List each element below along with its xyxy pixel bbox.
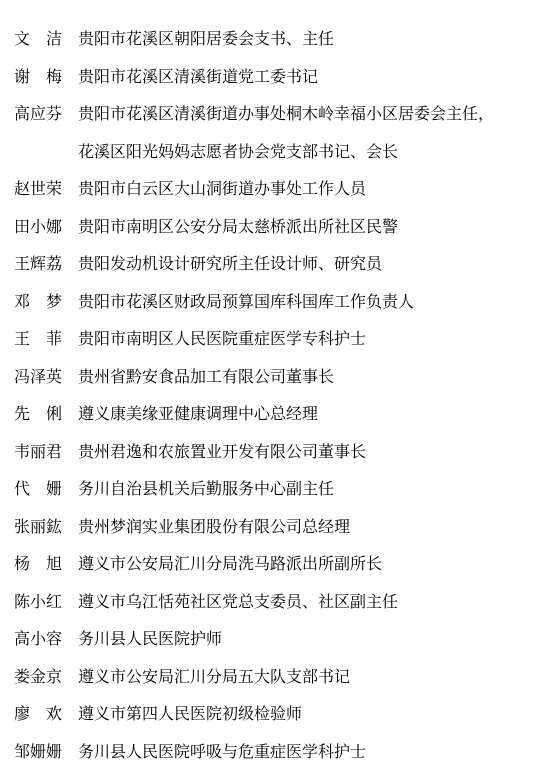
list-item: 赵世荣 贵阳市白云区大山洞街道办事处工作人员 <box>14 171 547 209</box>
list-item: 廖 欢 遵义市第四人民医院初级检验师 <box>14 696 547 734</box>
person-position: 贵阳市南明区人民医院重症医学专科护士 <box>78 321 538 359</box>
list-item: 邹姗姗 务川县人民医院呼吸与危重症医学科护士 <box>14 734 547 772</box>
list-item: 冯泽英 贵州省黔安食品加工有限公司董事长 <box>14 359 547 397</box>
person-position: 贵阳发动机设计研究所主任设计师、研究员 <box>78 246 538 284</box>
person-name: 冯泽英 <box>14 359 78 397</box>
list-item: 高小容 务川县人民医院护师 <box>14 621 547 659</box>
person-name: 田小娜 <box>14 209 78 247</box>
list-item: 谢 梅 贵阳市花溪区清溪街道党工委书记 <box>14 59 547 97</box>
person-position: 务川县人民医院护师 <box>78 621 538 659</box>
person-position: 贵州梦润实业集团股份有限公司总经理 <box>78 509 538 547</box>
list-item: 邓 梦 贵阳市花溪区财政局预算国库科国库工作负责人 <box>14 284 547 322</box>
person-position: 贵阳市南明区公安分局太慈桥派出所社区民警 <box>78 209 538 247</box>
list-item: 先 俐 遵义康美缘亚健康调理中心总经理 <box>14 396 547 434</box>
list-item: 代 姗 务川自治县机关后勤服务中心副主任 <box>14 471 547 509</box>
list-item: 陈小红 遵义市乌江恬苑社区党总支委员、社区副主任 <box>14 584 547 622</box>
person-position: 贵阳市花溪区朝阳居委会支书、主任 <box>78 21 538 59</box>
name-roster-list: 文 洁 贵阳市花溪区朝阳居委会支书、主任 谢 梅 贵阳市花溪区清溪街道党工委书记… <box>14 21 547 771</box>
person-name: 高应芬 <box>14 96 78 134</box>
person-position: 遵义市第四人民医院初级检验师 <box>78 696 538 734</box>
list-item: 王辉荔 贵阳发动机设计研究所主任设计师、研究员 <box>14 246 547 284</box>
person-position: 遵义康美缘亚健康调理中心总经理 <box>78 396 538 434</box>
person-position: 贵阳市花溪区清溪街道办事处桐木岭幸福小区居委会主任， 花溪区阳光妈妈志愿者协会党… <box>78 96 538 171</box>
person-position: 贵阳市白云区大山洞街道办事处工作人员 <box>78 171 538 209</box>
person-name: 韦丽君 <box>14 434 78 472</box>
person-position: 务川县人民医院呼吸与危重症医学科护士 <box>78 734 538 772</box>
person-position: 贵阳市花溪区财政局预算国库科国库工作负责人 <box>78 284 538 322</box>
list-item: 田小娜 贵阳市南明区公安分局太慈桥派出所社区民警 <box>14 209 547 247</box>
person-name: 王 菲 <box>14 321 78 359</box>
person-position: 遵义市公安局汇川分局洗马路派出所副所长 <box>78 546 538 584</box>
list-item: 张丽鈜 贵州梦润实业集团股份有限公司总经理 <box>14 509 547 547</box>
person-name: 先 俐 <box>14 396 78 434</box>
person-name: 文 洁 <box>14 21 78 59</box>
person-position: 遵义市乌江恬苑社区党总支委员、社区副主任 <box>78 584 538 622</box>
person-name: 王辉荔 <box>14 246 78 284</box>
list-item: 高应芬 贵阳市花溪区清溪街道办事处桐木岭幸福小区居委会主任， 花溪区阳光妈妈志愿… <box>14 96 547 171</box>
person-position: 贵阳市花溪区清溪街道党工委书记 <box>78 59 538 97</box>
list-item: 文 洁 贵阳市花溪区朝阳居委会支书、主任 <box>14 21 547 59</box>
person-position: 贵州省黔安食品加工有限公司董事长 <box>78 359 538 397</box>
person-name: 谢 梅 <box>14 59 78 97</box>
person-name: 代 姗 <box>14 471 78 509</box>
list-item: 娄金京 遵义市公安局汇川分局五大队支部书记 <box>14 659 547 697</box>
person-name: 廖 欢 <box>14 696 78 734</box>
person-name: 陈小红 <box>14 584 78 622</box>
list-item: 韦丽君 贵州君逸和农旅置业开发有限公司董事长 <box>14 434 547 472</box>
person-position: 贵州君逸和农旅置业开发有限公司董事长 <box>78 434 538 472</box>
person-name: 赵世荣 <box>14 171 78 209</box>
person-name: 娄金京 <box>14 659 78 697</box>
person-name: 杨 旭 <box>14 546 78 584</box>
person-name: 高小容 <box>14 621 78 659</box>
person-position: 务川自治县机关后勤服务中心副主任 <box>78 471 538 509</box>
document-page: 文 洁 贵阳市花溪区朝阳居委会支书、主任 谢 梅 贵阳市花溪区清溪街道党工委书记… <box>0 0 547 780</box>
person-name: 邓 梦 <box>14 284 78 322</box>
person-position: 遵义市公安局汇川分局五大队支部书记 <box>78 659 538 697</box>
person-name: 邹姗姗 <box>14 734 78 772</box>
person-name: 张丽鈜 <box>14 509 78 547</box>
list-item: 杨 旭 遵义市公安局汇川分局洗马路派出所副所长 <box>14 546 547 584</box>
list-item: 王 菲 贵阳市南明区人民医院重症医学专科护士 <box>14 321 547 359</box>
